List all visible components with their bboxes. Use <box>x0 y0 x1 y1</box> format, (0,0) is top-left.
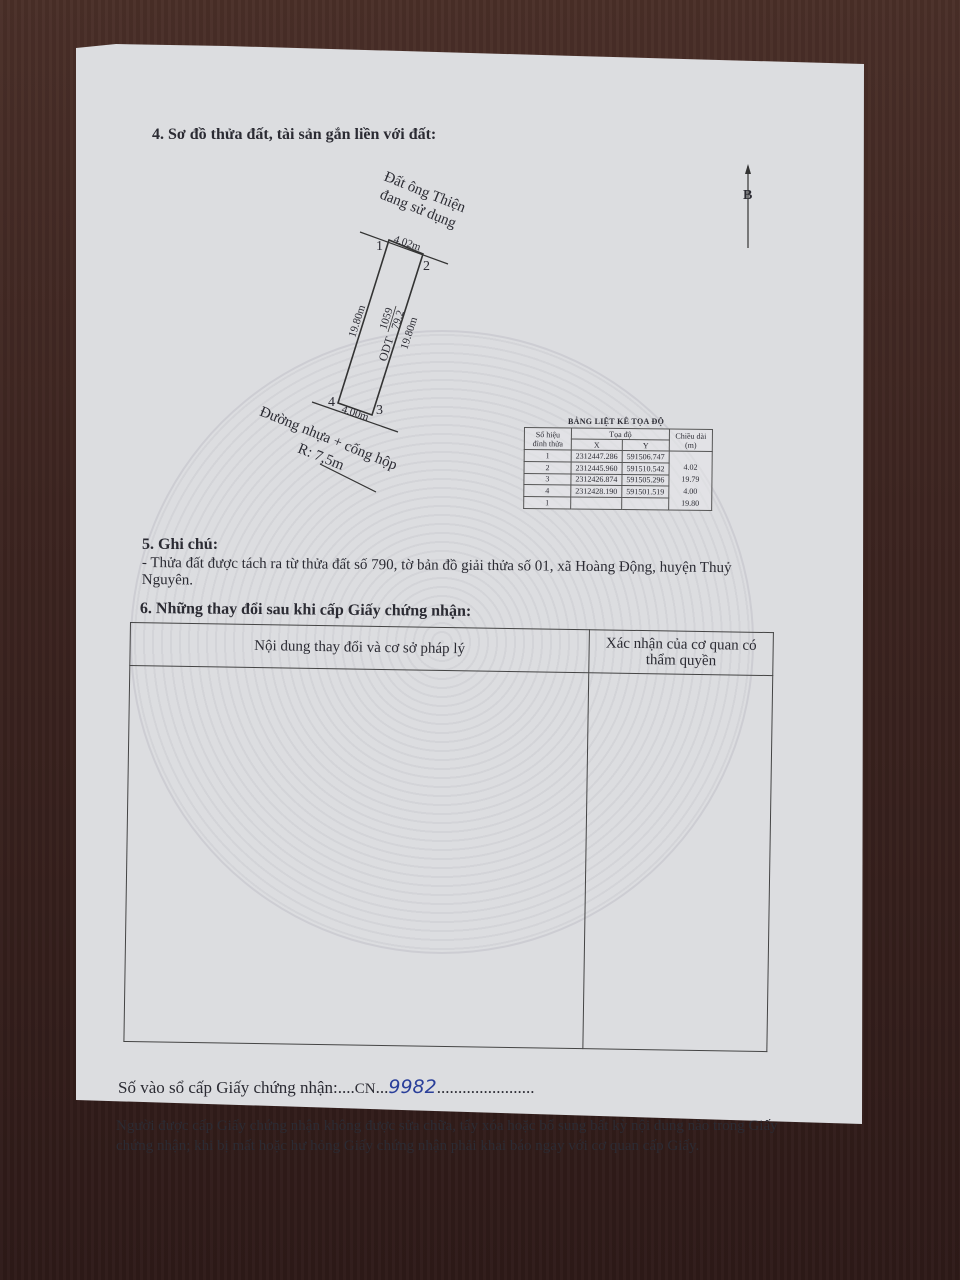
coord-cell-y: 591510.542 <box>622 462 669 474</box>
north-label: B <box>743 188 752 204</box>
col-point: Số hiệu đỉnh thửa <box>524 428 571 450</box>
registration-prefix: CN <box>355 1081 376 1097</box>
warning-text: Người được cấp Giấy chứng nhận không đượ… <box>116 1116 796 1156</box>
section5-note: - Thửa đất được tách ra từ thửa đất số 7… <box>142 555 762 594</box>
coord-length: 19.80 <box>673 498 707 510</box>
coord-cell-x <box>571 497 622 509</box>
vertex-4-label: 4 <box>328 395 335 410</box>
changes-col-confirmation: Xác nhận của cơ quan có thẩm quyền <box>589 630 774 676</box>
coordinate-table: Số hiệu đỉnh thửa Tọa độ Chiều dài (m) X… <box>523 427 713 511</box>
registration-label: Số vào sổ cấp Giấy chứng nhận: <box>118 1078 338 1097</box>
coord-cell-point: 1 <box>524 497 571 509</box>
coord-length: 19.79 <box>673 474 707 486</box>
north-arrow: B <box>740 162 756 250</box>
coord-table-title: BẢNG LIỆT KÊ TỌA ĐỘ <box>568 417 664 426</box>
vertex-1-label: 1 <box>376 239 383 254</box>
coord-cell-point: 2 <box>524 461 571 473</box>
coord-lengths-cell: 4.0219.794.0019.80 <box>669 451 713 510</box>
col-length: Chiều dài (m) <box>669 429 712 451</box>
col-x: X <box>571 439 622 451</box>
registration-line: Số vào sổ cấp Giấy chứng nhận:....CN...9… <box>118 1076 534 1098</box>
coord-cell-y: 591506.747 <box>622 451 669 463</box>
col-y: Y <box>622 440 669 451</box>
coord-cell-y: 591501.519 <box>622 486 669 498</box>
vertex-3-label: 3 <box>376 403 383 418</box>
coord-cell-x: 2312426.874 <box>571 474 622 486</box>
changes-content-cell <box>124 666 589 1049</box>
coord-cell-x: 2312445.960 <box>571 462 622 474</box>
section5-title: 5. Ghi chú: <box>142 536 218 554</box>
edge-1-2-length: 4.02m <box>392 233 423 253</box>
changes-col-content: Nội dung thay đổi và cơ sở pháp lý <box>130 623 590 673</box>
coord-length: 4.02 <box>674 462 708 474</box>
section6-title: 6. Những thay đổi sau khi cấp Giấy chứng… <box>140 600 471 621</box>
coord-cell-point: 3 <box>524 473 571 485</box>
coord-length: 4.00 <box>673 486 707 498</box>
changes-confirmation-cell <box>583 673 773 1052</box>
coord-cell-x: 2312428.190 <box>571 485 622 497</box>
coord-cell-x: 2312447.286 <box>571 450 622 462</box>
edge-4-1-length: 19.80m <box>346 303 368 339</box>
registration-number-handwritten: 9982 <box>388 1076 436 1098</box>
edge-3-4-length: 4.00m <box>340 403 371 423</box>
coord-cell-y: 591505.296 <box>622 474 669 486</box>
coord-cell-point: 4 <box>524 485 571 497</box>
changes-table: Nội dung thay đổi và cơ sở pháp lý Xác n… <box>123 622 774 1052</box>
coord-cell-point: 1 <box>524 450 571 462</box>
vertex-2-label: 2 <box>423 259 430 274</box>
coord-cell-y <box>622 498 669 510</box>
